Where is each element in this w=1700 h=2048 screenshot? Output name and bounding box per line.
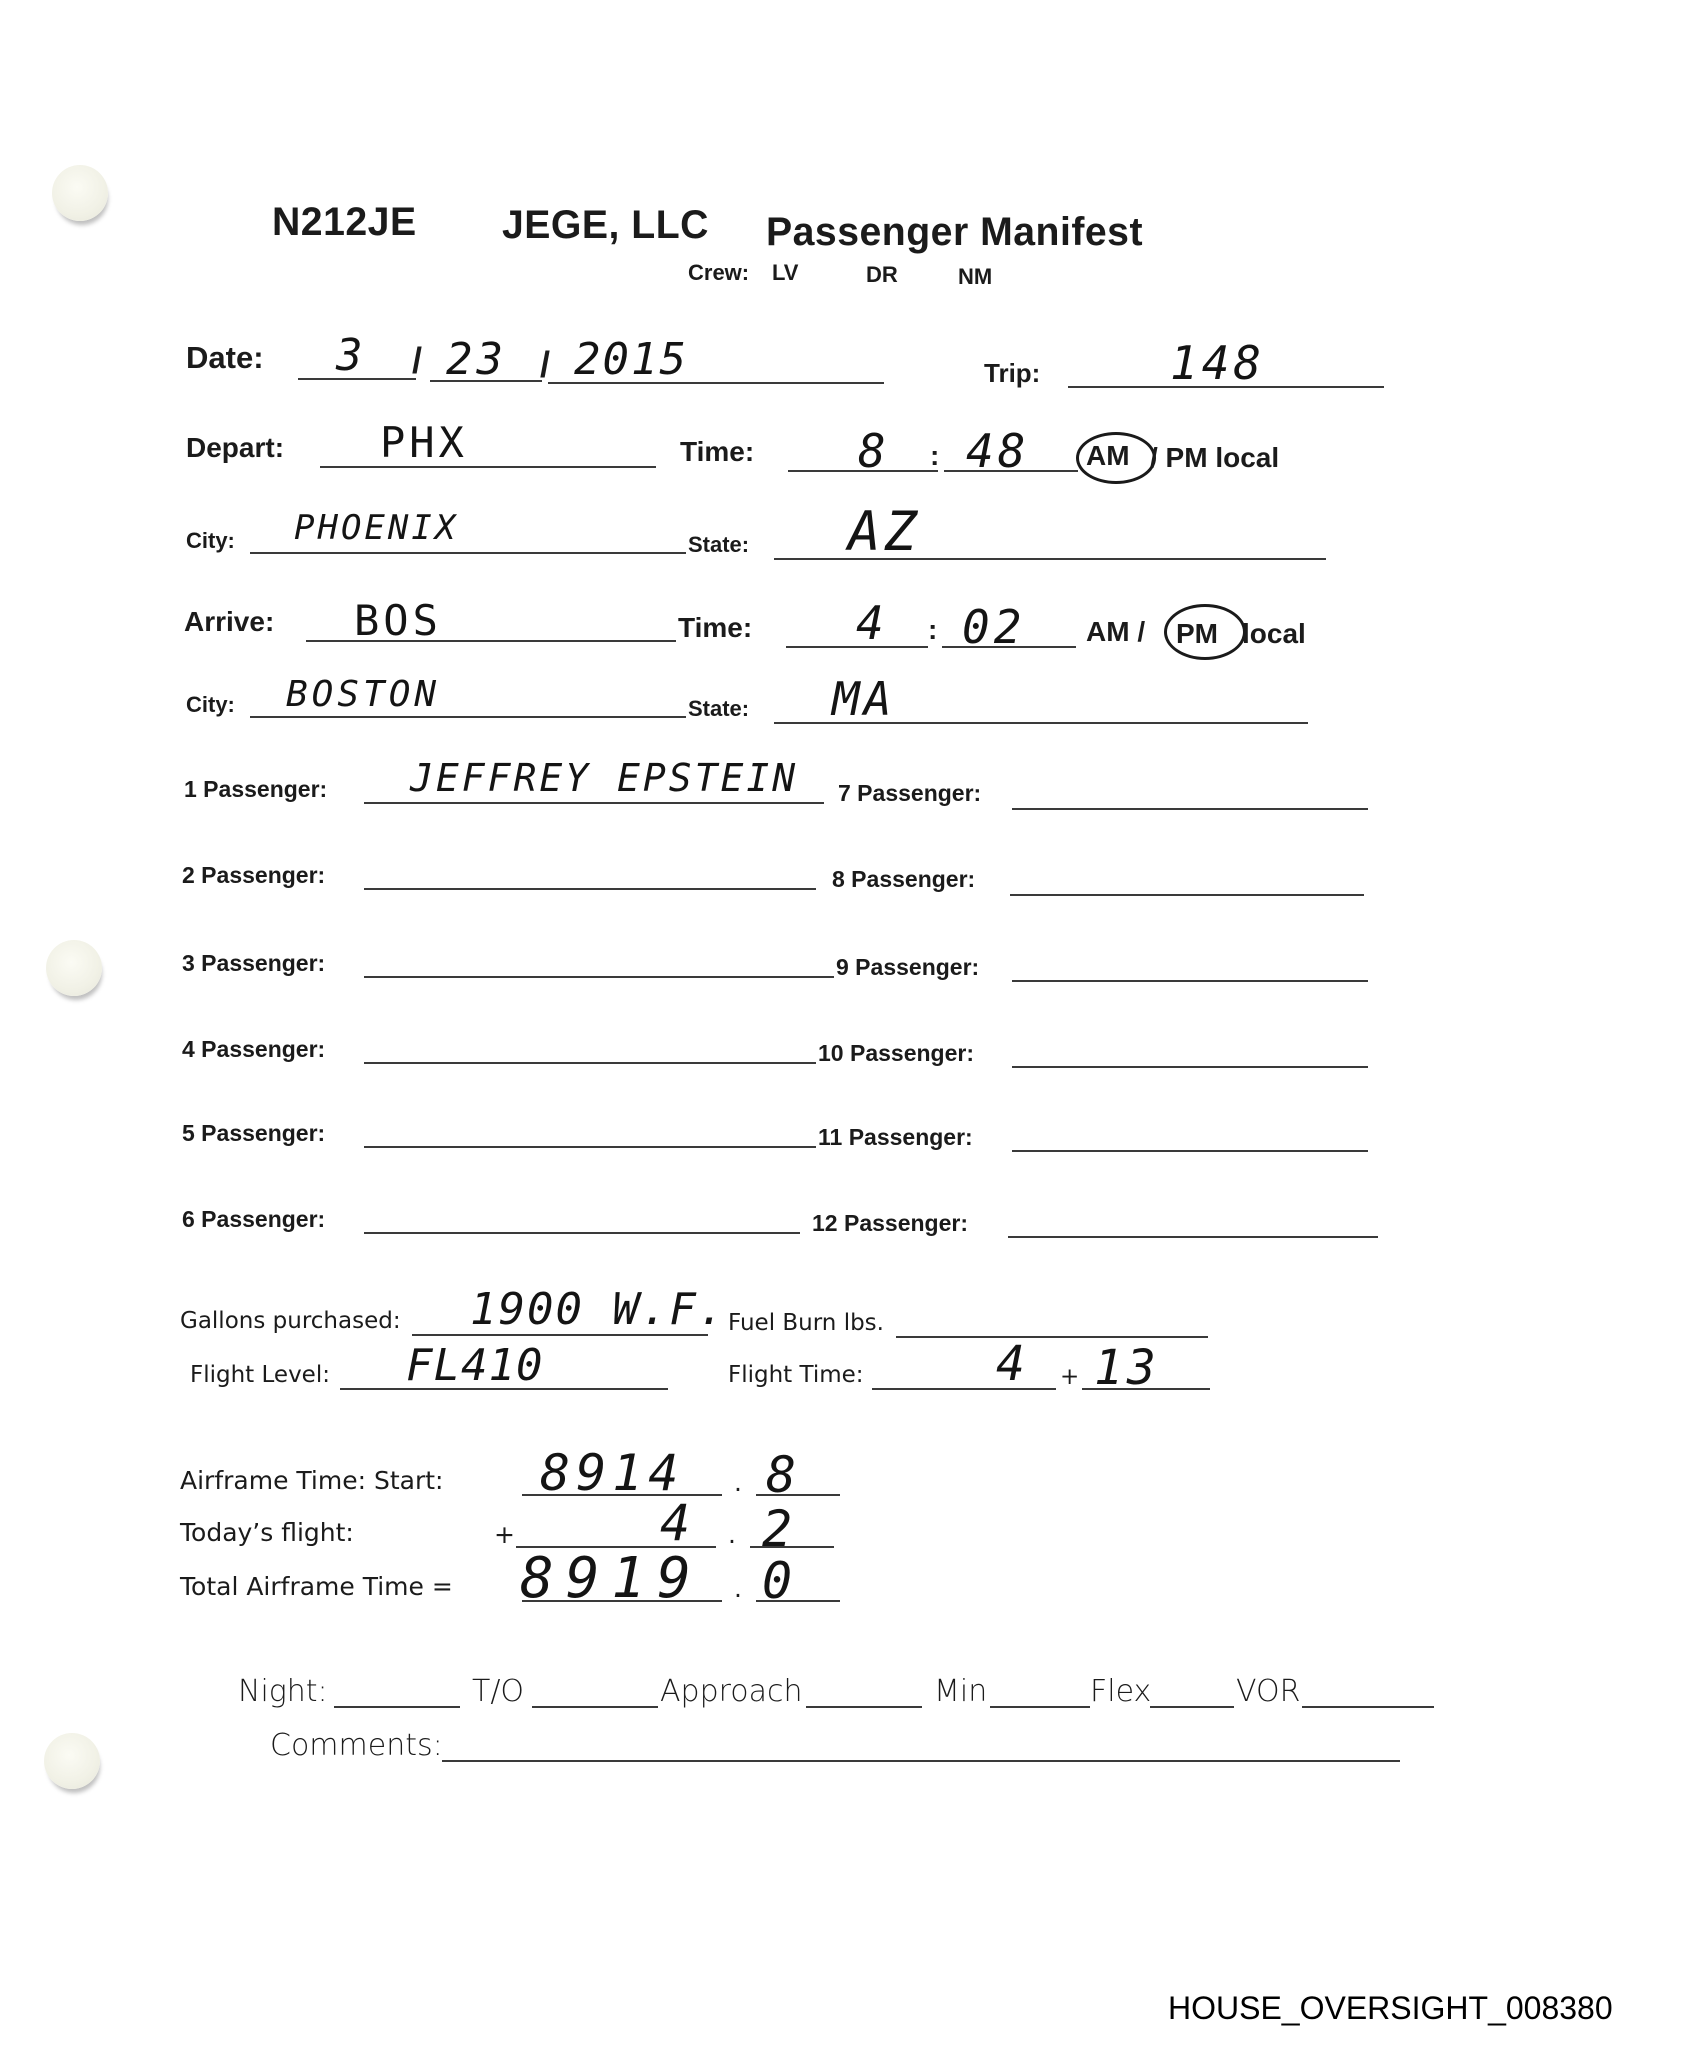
tail-number: N212JE xyxy=(272,200,417,245)
arrive-city-label: City: xyxy=(186,692,235,718)
flight-time-hours-field[interactable]: 4 xyxy=(996,1336,1029,1392)
passenger-1-label: 1 Passenger: xyxy=(184,776,327,803)
depart-city-line xyxy=(250,552,686,554)
approach-label: Approach xyxy=(660,1674,803,1709)
depart-line xyxy=(320,466,656,468)
arrive-pm-selected-circle xyxy=(1164,604,1246,660)
fuel-burn-label: Fuel Burn lbs. xyxy=(728,1310,884,1336)
arrive-minute-field[interactable]: 02 xyxy=(962,600,1025,654)
passenger-1-field[interactable]: JEFFREY EPSTEIN xyxy=(410,756,798,800)
night-field[interactable] xyxy=(334,1706,460,1708)
arrive-state-field[interactable]: MA xyxy=(832,672,895,726)
trip-label: Trip: xyxy=(984,358,1040,389)
flight-level-field[interactable]: FL410 xyxy=(406,1340,543,1391)
min-field[interactable] xyxy=(990,1706,1090,1708)
company-name: JEGE, LLC xyxy=(502,203,709,248)
arrive-city-field[interactable]: BOSTON xyxy=(286,674,440,715)
arrive-time-label: Time: xyxy=(678,612,752,644)
depart-time-label: Time: xyxy=(680,436,754,468)
date-slash-2: / xyxy=(540,344,550,386)
total-airframe-whole-field[interactable]: 8919 xyxy=(520,1546,703,1611)
passenger-12-label: 12 Passenger: xyxy=(812,1210,968,1237)
crew-label: Crew: xyxy=(688,260,749,286)
depart-state-label: State: xyxy=(688,532,749,558)
fuel-burn-line xyxy=(896,1336,1208,1338)
depart-state-field[interactable]: AZ xyxy=(848,500,921,563)
depart-field[interactable]: PHX xyxy=(380,418,468,467)
passenger-4-line xyxy=(364,1062,816,1064)
depart-am-selected-circle xyxy=(1076,432,1156,484)
date-year-field[interactable]: 2015 xyxy=(574,334,688,385)
date-month-field[interactable]: 3 xyxy=(336,330,367,381)
passenger-9-line xyxy=(1012,980,1368,982)
crew-member-2: DR xyxy=(866,262,898,288)
flex-label: Flex xyxy=(1090,1674,1151,1709)
crew-member-3: NM xyxy=(958,264,992,290)
arrive-time-colon: : xyxy=(928,614,937,646)
passenger-8-label: 8 Passenger: xyxy=(832,866,975,893)
flight-time-plus: + xyxy=(1060,1364,1079,1390)
date-day-field[interactable]: 23 xyxy=(446,334,507,385)
passenger-9-label: 9 Passenger: xyxy=(836,954,979,981)
punch-hole-bottom xyxy=(44,1733,100,1789)
comments-label: Comments: xyxy=(270,1728,443,1763)
total-airframe-label: Total Airframe Time = xyxy=(180,1572,453,1601)
passenger-1-line xyxy=(364,802,824,804)
arrive-field[interactable]: BOS xyxy=(354,596,442,645)
punch-hole-top xyxy=(52,165,108,221)
arrive-hour-field[interactable]: 4 xyxy=(856,596,888,650)
vor-field[interactable] xyxy=(1302,1706,1434,1708)
passenger-7-line xyxy=(1012,808,1368,810)
flight-time-minutes-field[interactable]: 13 xyxy=(1094,1340,1160,1396)
arrive-city-line xyxy=(250,716,686,718)
passenger-10-line xyxy=(1012,1066,1368,1068)
night-label: Night: xyxy=(238,1674,328,1709)
to-label: T/O xyxy=(472,1674,524,1709)
to-field[interactable] xyxy=(532,1706,658,1708)
passenger-8-line xyxy=(1010,894,1364,896)
depart-hour-field[interactable]: 8 xyxy=(858,424,890,478)
page-title: Passenger Manifest xyxy=(766,210,1143,255)
passenger-6-label: 6 Passenger: xyxy=(182,1206,325,1233)
passenger-5-line xyxy=(364,1146,816,1148)
passenger-7-label: 7 Passenger: xyxy=(838,780,981,807)
flight-time-label: Flight Time: xyxy=(728,1362,864,1388)
arrive-state-label: State: xyxy=(688,696,749,722)
date-label: Date: xyxy=(186,340,264,376)
date-slash-1: / xyxy=(412,340,422,382)
depart-label: Depart: xyxy=(186,432,284,464)
passenger-11-label: 11 Passenger: xyxy=(818,1124,973,1151)
airframe-start-dot: . xyxy=(734,1468,742,1497)
todays-flight-plus: + xyxy=(494,1520,515,1549)
passenger-10-label: 10 Passenger: xyxy=(818,1040,974,1067)
approach-field[interactable] xyxy=(806,1706,922,1708)
passenger-2-line xyxy=(364,888,816,890)
passenger-6-line xyxy=(364,1232,800,1234)
depart-time-colon: : xyxy=(930,440,939,472)
todays-flight-whole-field[interactable]: 4 xyxy=(660,1494,694,1552)
todays-flight-label: Today’s flight: xyxy=(180,1518,354,1547)
todays-flight-tenth-field[interactable]: 2 xyxy=(762,1500,796,1558)
passenger-12-line xyxy=(1008,1236,1378,1238)
trip-field[interactable]: 148 xyxy=(1170,336,1265,390)
flex-field[interactable] xyxy=(1150,1706,1234,1708)
crew-member-1: LV xyxy=(772,260,798,286)
airframe-start-label: Airframe Time: Start: xyxy=(180,1466,443,1495)
total-airframe-dot: . xyxy=(734,1574,742,1603)
comments-line xyxy=(442,1760,1400,1762)
arrive-local-label: local xyxy=(1242,618,1306,650)
passenger-11-line xyxy=(1012,1150,1368,1152)
passenger-4-label: 4 Passenger: xyxy=(182,1036,325,1063)
total-airframe-tenth-field[interactable]: 0 xyxy=(762,1552,796,1610)
passenger-3-line xyxy=(364,976,834,978)
depart-minute-field[interactable]: 48 xyxy=(966,424,1029,478)
min-label: Min xyxy=(934,1674,987,1709)
depart-city-field[interactable]: PHOENIX xyxy=(294,508,458,548)
arrive-label: Arrive: xyxy=(184,606,274,638)
gallons-purchased-field[interactable]: 1900 W.F. xyxy=(470,1284,726,1335)
airframe-start-tenth-field[interactable]: 8 xyxy=(766,1446,800,1504)
punch-hole-middle xyxy=(46,940,102,996)
depart-city-label: City: xyxy=(186,528,235,554)
todays-flight-dot: . xyxy=(728,1520,736,1549)
bates-number: HOUSE_OVERSIGHT_008380 xyxy=(1168,1990,1613,2027)
flight-level-label: Flight Level: xyxy=(190,1362,330,1388)
vor-label: VOR xyxy=(1236,1674,1300,1709)
passenger-3-label: 3 Passenger: xyxy=(182,950,325,977)
gallons-purchased-label: Gallons purchased: xyxy=(180,1308,401,1334)
passenger-5-label: 5 Passenger: xyxy=(182,1120,325,1147)
passenger-2-label: 2 Passenger: xyxy=(182,862,325,889)
depart-pm-local-label: / PM local xyxy=(1150,442,1279,474)
arrive-am-option[interactable]: AM / xyxy=(1086,616,1145,648)
